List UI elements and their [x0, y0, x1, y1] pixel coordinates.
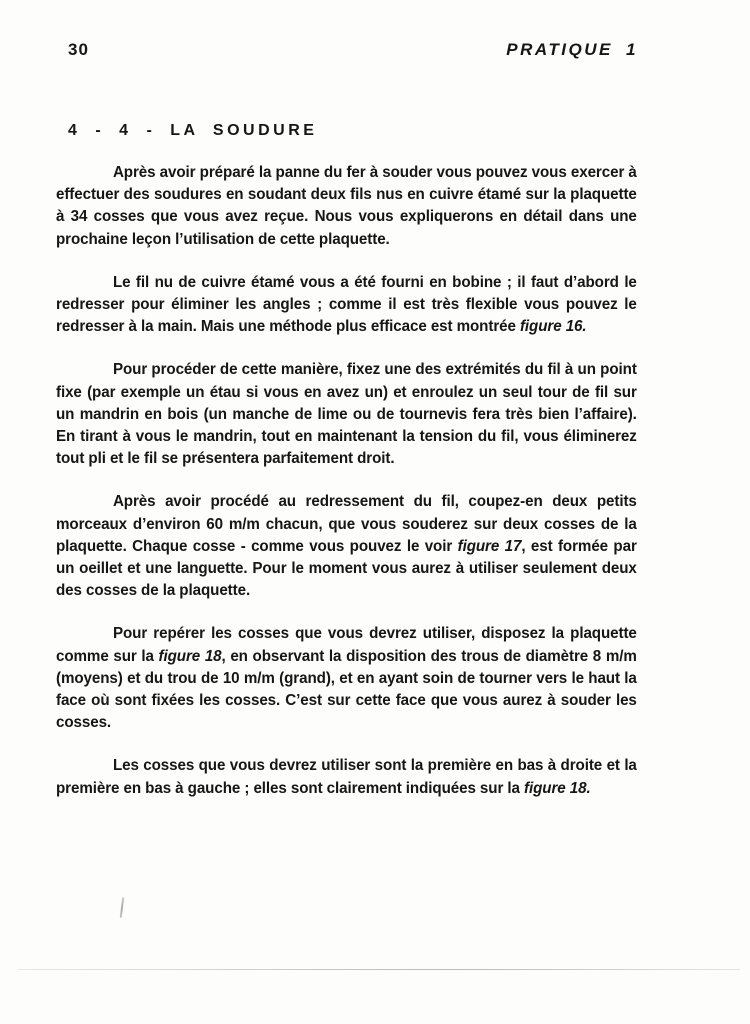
paragraph: Les cosses que vous devrez utiliser sont…: [56, 755, 637, 799]
running-header-title: PRATIQUE 1: [506, 40, 638, 60]
paragraph: Pour procéder de cette manière, fixez un…: [56, 359, 637, 470]
page-header: 30 PRATIQUE 1: [68, 40, 638, 60]
paragraph-text: Pour procéder de cette manière, fixez un…: [56, 361, 637, 467]
paragraph: Après avoir procédé au redressement du f…: [56, 491, 637, 602]
scan-artifact-mark: [120, 897, 125, 918]
paragraph: Pour repérer les cosses que vous devrez …: [56, 623, 637, 734]
page-number: 30: [68, 40, 89, 60]
figure-reference: figure 18.: [524, 780, 591, 797]
paragraph: Après avoir préparé la panne du fer à so…: [56, 162, 637, 251]
scan-separator-line: [18, 969, 740, 970]
figure-reference: figure 16.: [520, 318, 587, 335]
section-title: 4 - 4 - LA SOUDURE: [68, 122, 317, 140]
figure-reference: figure 18: [159, 648, 222, 665]
paragraph-text: Après avoir préparé la panne du fer à so…: [56, 164, 637, 248]
body-text: Après avoir préparé la panne du fer à so…: [56, 162, 637, 821]
figure-reference: figure 17: [458, 538, 522, 555]
paragraph: Le fil nu de cuivre étamé vous a été fou…: [56, 272, 637, 339]
document-page: 30 PRATIQUE 1 4 - 4 - LA SOUDURE Après a…: [0, 0, 750, 1024]
